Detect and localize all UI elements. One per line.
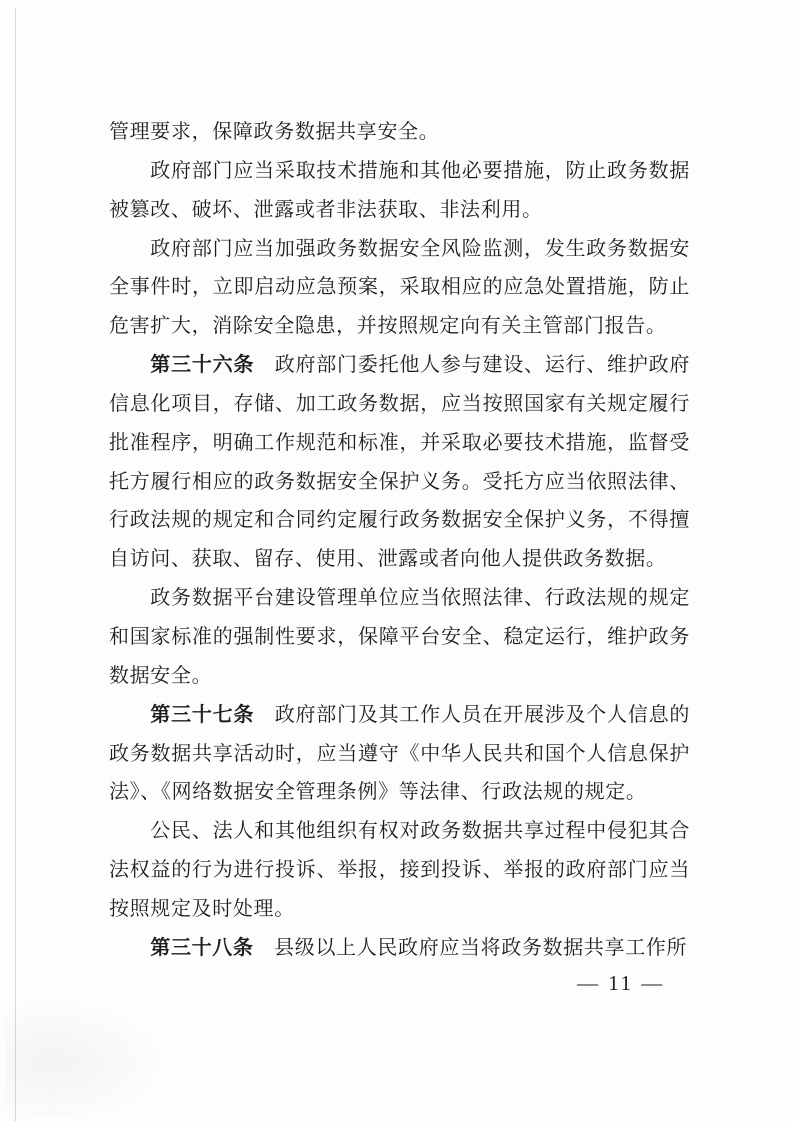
page-number: — 11 — [577, 971, 665, 996]
document-body: 管理要求，保障政务数据共享安全。政府部门应当采取技术措施和其他必要措施，防止政务… [109, 113, 690, 968]
paragraph: 政务数据平台建设管理单位应当依照法律、行政法规的规定和国家标准的强制性要求，保障… [109, 579, 690, 696]
paragraph: 管理要求，保障政务数据共享安全。 [109, 113, 690, 152]
paragraph-text: 县级以上人民政府应当将政务数据共享工作所 [274, 937, 687, 959]
paragraph: 政府部门应当采取技术措施和其他必要措施，防止政务数据被篡改、破坏、泄露或者非法获… [109, 152, 690, 230]
article-number: 第三十六条 [150, 354, 254, 376]
article-number: 第三十八条 [150, 937, 253, 959]
paragraph-text: 政府部门委托他人参与建设、运行、维护政府信息化项目，存储、加工政务数据，应当按照… [109, 354, 690, 570]
paragraph: 政府部门应当加强政务数据安全风险监测，发生政务数据安全事件时，立即启动应急预案，… [109, 230, 690, 347]
document-page: 管理要求，保障政务数据共享安全。政府部门应当采取技术措施和其他必要措施，防止政务… [0, 0, 793, 1121]
scan-edge-line [15, 8, 16, 1121]
paragraph: 第三十六条政府部门委托他人参与建设、运行、维护政府信息化项目，存储、加工政务数据… [109, 346, 690, 579]
paragraph: 第三十七条政府部门及其工作人员在开展涉及个人信息的政务数据共享活动时，应当遵守《… [109, 696, 690, 813]
article-number: 第三十七条 [150, 704, 254, 726]
paragraph: 第三十八条县级以上人民政府应当将政务数据共享工作所 [109, 929, 690, 968]
scan-smudge [5, 998, 165, 1116]
paragraph-text: 公民、法人和其他组织有权对政务数据共享过程中侵犯其合法权益的行为进行投诉、举报，… [109, 820, 690, 920]
paragraph-text: 管理要求，保障政务数据共享安全。 [109, 121, 439, 143]
paragraph: 公民、法人和其他组织有权对政务数据共享过程中侵犯其合法权益的行为进行投诉、举报，… [109, 812, 690, 929]
paragraph-text: 政府部门应当加强政务数据安全风险监测，发生政务数据安全事件时，立即启动应急预案，… [109, 238, 690, 338]
paragraph-text: 政府部门应当采取技术措施和其他必要措施，防止政务数据被篡改、破坏、泄露或者非法获… [109, 160, 690, 221]
paragraph-text: 政务数据平台建设管理单位应当依照法律、行政法规的规定和国家标准的强制性要求，保障… [109, 587, 690, 687]
